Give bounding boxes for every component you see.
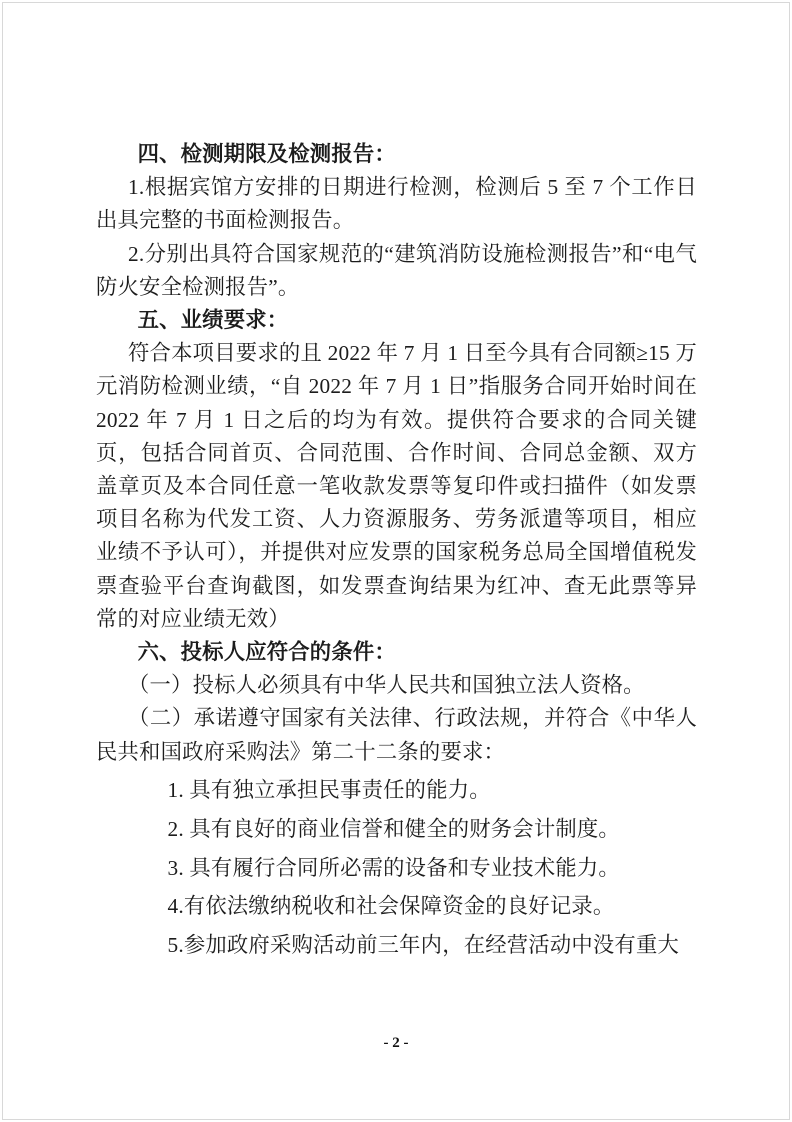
document-body: 四、检测期限及检测报告：1.根据宾馆方安排的日期进行检测，检测后 5 至 7 个… <box>96 138 697 962</box>
list-item: 4.有依法缴纳税收和社会保障资金的良好记录。 <box>96 890 697 923</box>
section-heading: 六、投标人应符合的条件： <box>96 636 697 669</box>
section-heading: 五、业绩要求： <box>96 304 697 337</box>
paragraph: 2.分别出具符合国家规范的“建筑消防设施检测报告”和“电气防火安全检测报告”。 <box>96 238 697 304</box>
paragraph: （一）投标人必须具有中华人民共和国独立法人资格。 <box>96 669 697 702</box>
list-item: 5.参加政府采购活动前三年内，在经营活动中没有重大 <box>96 929 697 962</box>
list-item: 1. 具有独立承担民事责任的能力。 <box>96 774 697 807</box>
list-item: 2. 具有良好的商业信誉和健全的财务会计制度。 <box>96 813 697 846</box>
page-number: - 2 - <box>0 1033 792 1053</box>
paragraph: （二）承诺遵守国家有关法律、行政法规，并符合《中华人民共和国政府采购法》第二十二… <box>96 702 697 768</box>
paragraph: 1.根据宾馆方安排的日期进行检测，检测后 5 至 7 个工作日出具完整的书面检测… <box>96 171 697 237</box>
section-heading: 四、检测期限及检测报告： <box>96 138 697 171</box>
paragraph: 符合本项目要求的且 2022 年 7 月 1 日至今具有合同额≥15 万元消防检… <box>96 337 697 636</box>
document-page: 四、检测期限及检测报告：1.根据宾馆方安排的日期进行检测，检测后 5 至 7 个… <box>0 0 792 1122</box>
list-item: 3. 具有履行合同所必需的设备和专业技术能力。 <box>96 852 697 885</box>
